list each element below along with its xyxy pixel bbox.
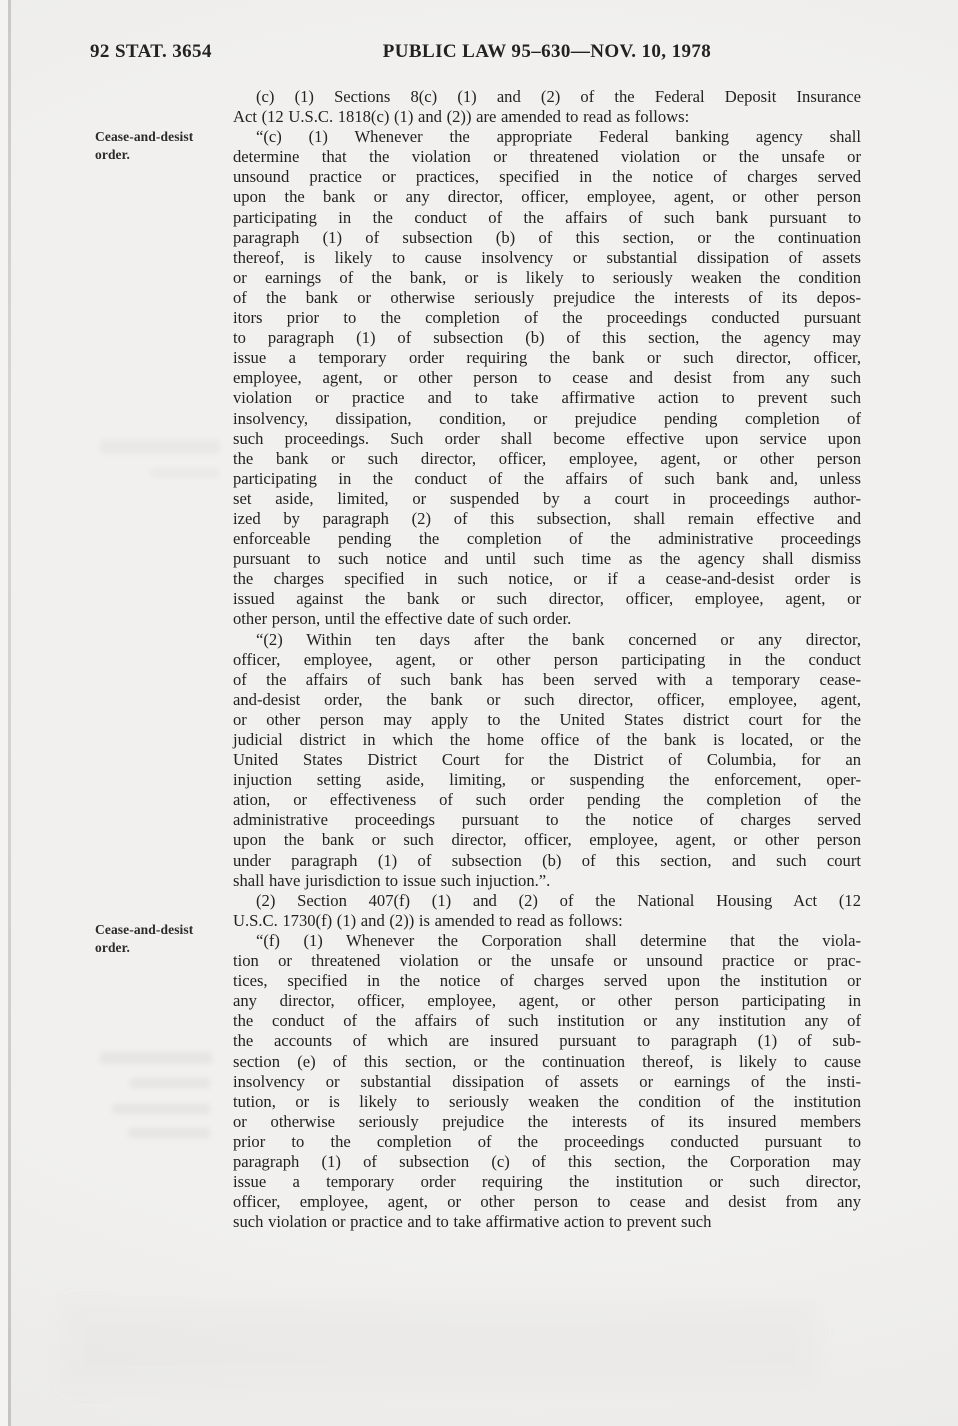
text-line: and-desist order, the bank or such direc… bbox=[233, 690, 861, 710]
text-line: ized by paragraph (2) of this subsection… bbox=[233, 509, 861, 529]
text-line: Act (12 U.S.C. 1818(c) (1) and (2)) are … bbox=[233, 107, 861, 127]
text-line: issue a temporary order requiring the ba… bbox=[233, 348, 861, 368]
text-line: under paragraph (1) of subsection (b) of… bbox=[233, 851, 861, 871]
text-line: thereof, is likely to cause insolvency o… bbox=[233, 248, 861, 268]
text-line: pursuant to such notice and until such t… bbox=[233, 549, 861, 569]
text-line: prior to the completion of the proceedin… bbox=[233, 1132, 861, 1152]
text-line: determine that the violation or threaten… bbox=[233, 147, 861, 167]
paragraph: “(f) (1) Whenever the Corporation shall … bbox=[233, 931, 861, 1232]
text-line: officer, employee, agent, or other perso… bbox=[233, 650, 861, 670]
text-line: issued against the bank or such director… bbox=[233, 589, 861, 609]
text-line: such violation or practice and to take a… bbox=[233, 1212, 861, 1232]
text-line: or otherwise seriously prejudice the int… bbox=[233, 1112, 861, 1132]
text-line: or earnings of the bank, or is likely to… bbox=[233, 268, 861, 288]
paragraph: “(c) (1) Whenever the appropriate Federa… bbox=[233, 127, 861, 629]
bleedthrough-artifact bbox=[130, 1078, 210, 1088]
text-line: of the affairs of such bank has been ser… bbox=[233, 670, 861, 690]
page-title: PUBLIC LAW 95–630—NOV. 10, 1978 bbox=[233, 41, 861, 63]
text-line: of the bank or otherwise seriously preju… bbox=[233, 288, 861, 308]
text-line: ation, or effectiveness of such order pe… bbox=[233, 790, 861, 810]
text-line: (c) (1) Sections 8(c) (1) and (2) of the… bbox=[233, 87, 861, 107]
text-line: upon the bank or such director, officer,… bbox=[233, 830, 861, 850]
text-line: employee, agent, or other person to ceas… bbox=[233, 368, 861, 388]
text-line: the accounts of which are insured pursua… bbox=[233, 1031, 861, 1051]
bleedthrough-artifact bbox=[150, 468, 220, 478]
text-line: insolvency, dissipation, condition, or p… bbox=[233, 409, 861, 429]
bleedthrough-artifact bbox=[100, 1052, 212, 1064]
text-line: any director, officer, employee, agent, … bbox=[233, 991, 861, 1011]
text-line: issue a temporary order requiring the in… bbox=[233, 1172, 861, 1192]
paragraph: (c) (1) Sections 8(c) (1) and (2) of the… bbox=[233, 87, 861, 127]
text-line: tices, specified in the notice of charge… bbox=[233, 971, 861, 991]
text-line: insolvency or substantial dissipation of… bbox=[233, 1072, 861, 1092]
text-line: paragraph (1) of subsection (c) of this … bbox=[233, 1152, 861, 1172]
text-line: enforceable pending the completion of th… bbox=[233, 529, 861, 549]
text-line: “(2) Within ten days after the bank conc… bbox=[233, 630, 861, 650]
text-line: participating in the conduct of the affa… bbox=[233, 469, 861, 489]
bleedthrough-artifact bbox=[112, 1104, 210, 1114]
page-edge bbox=[0, 0, 8, 1426]
text-line: administrative proceedings pursuant to t… bbox=[233, 810, 861, 830]
text-line: injuction setting aside, limiting, or su… bbox=[233, 770, 861, 790]
text-line: participating in the conduct of the affa… bbox=[233, 208, 861, 228]
text-line: unsound practice or practices, specified… bbox=[233, 167, 861, 187]
paragraph: (2) Section 407(f) (1) and (2) of the Na… bbox=[233, 891, 861, 931]
text-line: (2) Section 407(f) (1) and (2) of the Na… bbox=[233, 891, 861, 911]
margin-note-cease-and-desist-1: Cease-and-desist order. bbox=[95, 128, 227, 163]
body-text: (c) (1) Sections 8(c) (1) and (2) of the… bbox=[233, 87, 861, 1232]
text-line: the bank or such director, officer, empl… bbox=[233, 449, 861, 469]
text-line: the charges specified in such notice, or… bbox=[233, 569, 861, 589]
bleedthrough-artifact bbox=[128, 1128, 210, 1138]
margin-note-cease-and-desist-2: Cease-and-desist order. bbox=[95, 921, 227, 956]
text-line: set aside, limited, or suspended by a co… bbox=[233, 489, 861, 509]
text-line: shall have jurisdiction to issue such in… bbox=[233, 871, 861, 891]
text-line: “(f) (1) Whenever the Corporation shall … bbox=[233, 931, 861, 951]
stat-page-number: 92 STAT. 3654 bbox=[90, 41, 212, 63]
text-line: the conduct of the affairs of such insti… bbox=[233, 1011, 861, 1031]
text-line: or other person may apply to the United … bbox=[233, 710, 861, 730]
text-line: tion or threatened violation or the unsa… bbox=[233, 951, 861, 971]
text-line: paragraph (1) of subsection (b) of this … bbox=[233, 228, 861, 248]
text-line: other person, until the effective date o… bbox=[233, 609, 861, 629]
binding-edge-line bbox=[8, 0, 11, 1426]
text-line: U.S.C. 1730(f) (1) and (2)) is amended t… bbox=[233, 911, 861, 931]
text-line: such proceedings. Such order shall becom… bbox=[233, 429, 861, 449]
bleedthrough-artifact bbox=[100, 440, 220, 454]
bleedthrough-artifact bbox=[60, 1300, 820, 1390]
text-line: to paragraph (1) of subsection (b) of th… bbox=[233, 328, 861, 348]
text-line: “(c) (1) Whenever the appropriate Federa… bbox=[233, 127, 861, 147]
text-line: violation or practice and to take affirm… bbox=[233, 388, 861, 408]
text-line: officer, employee, agent, or other perso… bbox=[233, 1192, 861, 1212]
text-line: judicial district in which the home offi… bbox=[233, 730, 861, 750]
text-line: upon the bank or any director, officer, … bbox=[233, 187, 861, 207]
text-line: itors prior to the completion of the pro… bbox=[233, 308, 861, 328]
text-line: tution, or is likely to seriously weaken… bbox=[233, 1092, 861, 1112]
paragraph: “(2) Within ten days after the bank conc… bbox=[233, 630, 861, 891]
statute-page: 92 STAT. 3654 PUBLIC LAW 95–630—NOV. 10,… bbox=[0, 0, 958, 1426]
text-line: section (e) of this section, or the cont… bbox=[233, 1052, 861, 1072]
text-line: United States District Court for the Dis… bbox=[233, 750, 861, 770]
